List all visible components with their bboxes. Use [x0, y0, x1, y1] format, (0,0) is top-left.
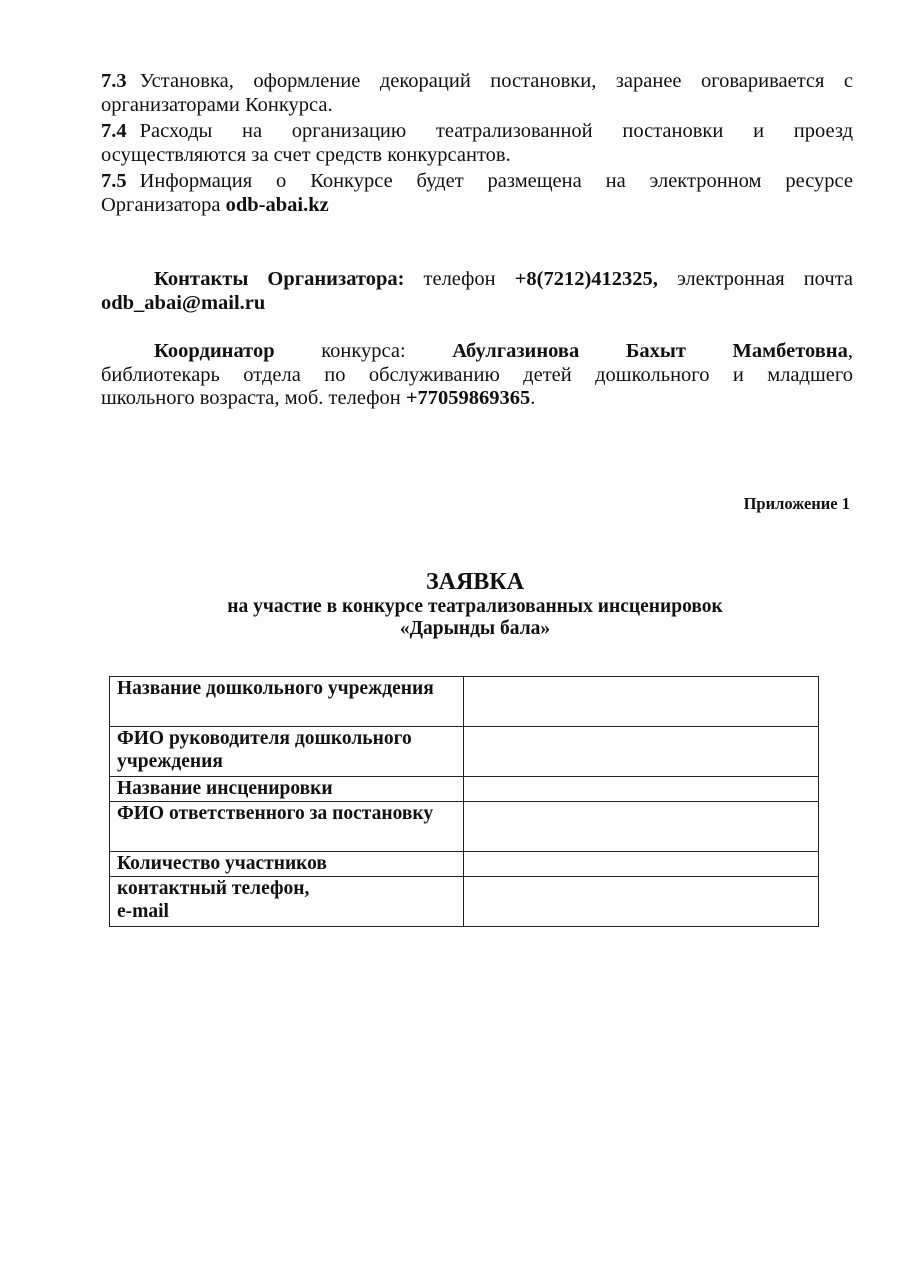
row-label: Название дошкольного учреждения	[110, 677, 464, 727]
table-row: контактный телефон,e-mail	[110, 877, 819, 927]
section-7-3: 7.3Установка, оформление декораций поста…	[101, 70, 853, 117]
table-row: ФИО ответственного за постановку	[110, 802, 819, 852]
section-text: Установка, оформление декораций постанов…	[140, 70, 853, 92]
coordinator-info: Координатор конкурса: Абулгазинова Бахыт…	[101, 340, 853, 411]
table-row: Название инсценировки	[110, 777, 819, 802]
coordinator-mobile: +77059869365	[406, 387, 530, 409]
organizer-contacts: Контакты Организатора: телефон +8(7212)4…	[101, 268, 853, 315]
section-text-cont: организаторами Конкурса.	[101, 94, 333, 116]
row-value-field[interactable]	[464, 677, 819, 727]
section-number: 7.5	[101, 170, 127, 192]
document-page: 7.3Установка, оформление декораций поста…	[0, 0, 907, 1280]
coordinator-label: Координатор	[154, 340, 275, 362]
row-value-field[interactable]	[464, 777, 819, 802]
table-row: ФИО руководителя дошкольного учреждения	[110, 727, 819, 777]
coordinator-age-group: школьного возраста, моб. телефон	[101, 387, 406, 409]
section-text-cont: Организатора	[101, 194, 226, 216]
row-label: ФИО ответственного за постановку	[110, 802, 464, 852]
section-7-5: 7.5Информация о Конкурсе будет размещена…	[101, 170, 853, 217]
appendix-label: Приложение 1	[744, 494, 850, 514]
section-number: 7.3	[101, 70, 127, 92]
contest-name: «Дарынды бала»	[100, 618, 850, 640]
application-header: ЗАЯВКА на участие в конкурсе театрализов…	[100, 568, 850, 640]
row-label-line: контактный телефон,	[117, 878, 309, 899]
row-label: Количество участников	[110, 852, 464, 877]
comma: ,	[848, 340, 853, 362]
section-number: 7.4	[101, 120, 127, 142]
table-row: Название дошкольного учреждения	[110, 677, 819, 727]
row-label: Название инсценировки	[110, 777, 464, 802]
section-text: Расходы на организацию театрализованной …	[140, 120, 853, 142]
row-label: контактный телефон,e-mail	[110, 877, 464, 927]
coordinator-name: Абулгазинова Бахыт Мамбетовна	[452, 340, 848, 362]
row-value-field[interactable]	[464, 802, 819, 852]
section-text: Информация о Конкурсе будет размещена на…	[140, 170, 853, 192]
row-label: ФИО руководителя дошкольного учреждения	[110, 727, 464, 777]
table-row: Количество участников	[110, 852, 819, 877]
row-value-field[interactable]	[464, 852, 819, 877]
contacts-label: Контакты Организатора:	[154, 268, 404, 290]
coordinator-label-2: конкурса:	[321, 340, 405, 362]
section-7-4: 7.4Расходы на организацию театрализованн…	[101, 120, 853, 167]
email-prefix: электронная почта	[658, 268, 853, 290]
application-title: ЗАЯВКА	[100, 568, 850, 596]
coordinator-position: библиотекарь отдела по обслуживанию дете…	[101, 364, 853, 388]
row-label-text: ФИО ответственного за постановку	[117, 803, 433, 824]
application-form-table: Название дошкольного учреждения ФИО руко…	[109, 676, 819, 927]
organizer-email[interactable]: odb_abai@mail.ru	[101, 292, 265, 314]
organizer-phone: +8(7212)412325,	[515, 268, 658, 290]
website-link[interactable]: odb-abai.kz	[226, 194, 329, 216]
phone-prefix: телефон	[404, 268, 514, 290]
section-text-cont: осуществляются за счет средств конкурсан…	[101, 144, 511, 166]
application-subtitle: на участие в конкурсе театрализованных и…	[100, 596, 850, 618]
row-label-line: e-mail	[117, 901, 169, 922]
row-value-field[interactable]	[464, 877, 819, 927]
period: .	[530, 387, 535, 409]
row-value-field[interactable]	[464, 727, 819, 777]
